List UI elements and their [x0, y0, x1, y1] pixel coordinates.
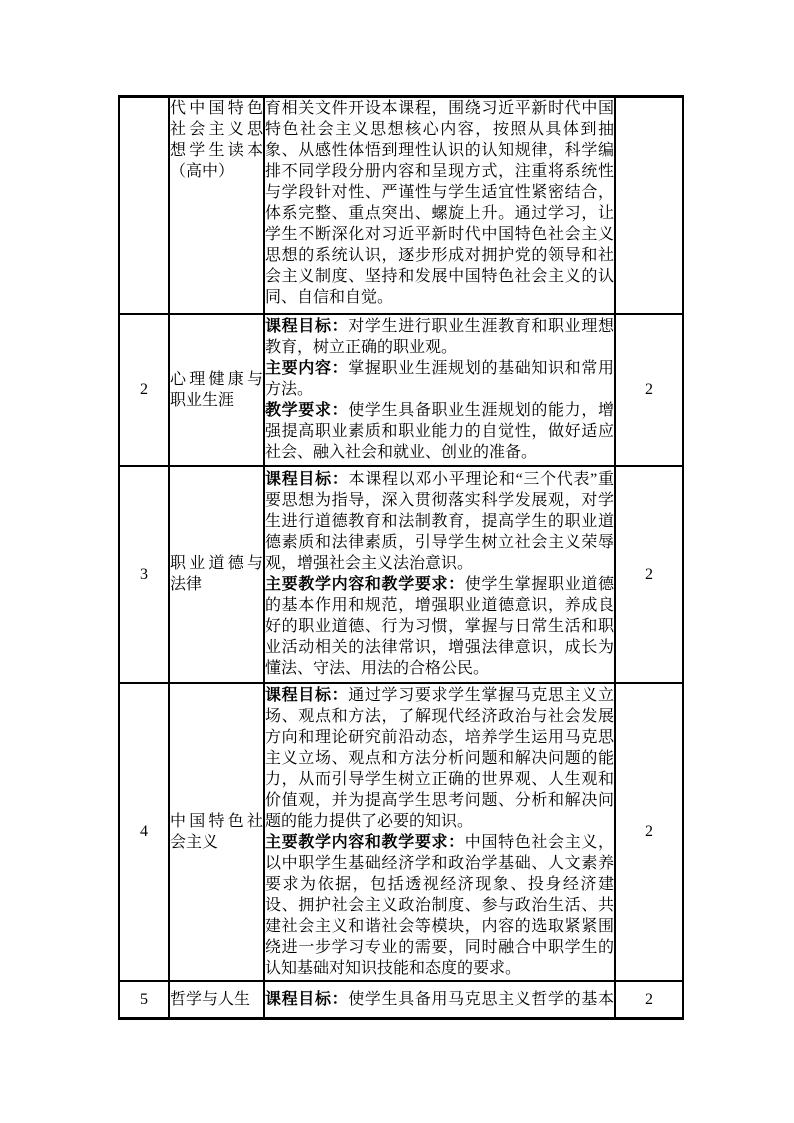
course-credit-cell: 2 — [615, 981, 683, 1019]
desc-text: 育相关文件开设本课程，围绕习近平新时代中国特色社会主义思想核心内容，按照从具体到… — [265, 100, 614, 306]
desc-label: 主要教学内容和教学要求： — [265, 834, 465, 851]
course-credit-cell — [615, 97, 683, 314]
desc-paragraph: 主要教学内容和教学要求：使学生掌握职业道德的基本作用和规范，增强职业道德意识，养… — [265, 574, 614, 679]
row-number-cell: 2 — [119, 314, 169, 466]
row-number-cell: 4 — [119, 683, 169, 981]
course-credit-cell: 2 — [615, 314, 683, 466]
desc-text: 使学生具备用马克思主义哲学的基本 — [348, 991, 614, 1008]
desc-label: 课程目标： — [265, 687, 348, 704]
desc-label: 课程目标： — [265, 471, 349, 488]
course-table: 代中国特色社会主义思想学生读本（高中） 育相关文件开设本课程，围绕习近平新时代中… — [118, 95, 684, 1020]
desc-label: 主要内容： — [265, 360, 348, 377]
course-name-cell: 心理健康与职业生涯 — [169, 314, 264, 466]
row-number-cell: 5 — [119, 981, 169, 1019]
desc-paragraph: 课程目标：对学生进行职业生涯教育和职业理想教育，树立正确的职业观。 — [265, 316, 614, 358]
desc-paragraph: 课程目标：本课程以邓小平理论和“三个代表”重要思想为指导，深入贯彻落实科学发展观… — [265, 469, 614, 574]
course-name-cell: 代中国特色社会主义思想学生读本（高中） — [169, 97, 264, 314]
desc-paragraph: 主要内容：掌握职业生涯规划的基础知识和常用方法。 — [265, 358, 614, 400]
desc-paragraph: 课程目标：使学生具备用马克思主义哲学的基本 — [265, 989, 614, 1010]
desc-paragraph: 育相关文件开设本课程，围绕习近平新时代中国特色社会主义思想核心内容，按照从具体到… — [265, 98, 614, 308]
course-name-cell: 哲学与人生 — [169, 981, 264, 1019]
desc-label: 课程目标： — [265, 991, 348, 1008]
desc-paragraph: 课程目标：通过学习要求学生掌握马克思主义立场、观点和方法，了解现代经济政治与社会… — [265, 685, 614, 832]
course-description-cell: 课程目标：本课程以邓小平理论和“三个代表”重要思想为指导，深入贯彻落实科学发展观… — [264, 466, 615, 683]
course-description-cell: 课程目标：通过学习要求学生掌握马克思主义立场、观点和方法，了解现代经济政治与社会… — [264, 683, 615, 981]
course-credit-cell: 2 — [615, 466, 683, 683]
course-credit-cell: 2 — [615, 683, 683, 981]
desc-label: 课程目标： — [265, 318, 348, 335]
table-row: 5 哲学与人生 课程目标：使学生具备用马克思主义哲学的基本 2 — [119, 981, 683, 1019]
row-number-cell: 3 — [119, 466, 169, 683]
course-description-cell: 课程目标：使学生具备用马克思主义哲学的基本 — [264, 981, 615, 1019]
desc-label: 教学要求： — [265, 402, 348, 419]
desc-label: 主要教学内容和教学要求： — [265, 576, 465, 593]
course-name-cell: 职业道德与法律 — [169, 466, 264, 683]
course-name-cell: 中国特色社会主义 — [169, 683, 264, 981]
row-number-cell — [119, 97, 169, 314]
desc-text: 通过学习要求学生掌握马克思主义立场、观点和方法，了解现代经济政治与社会发展方向和… — [265, 687, 614, 830]
table-row: 2 心理健康与职业生涯 课程目标：对学生进行职业生涯教育和职业理想教育，树立正确… — [119, 314, 683, 466]
table-row: 代中国特色社会主义思想学生读本（高中） 育相关文件开设本课程，围绕习近平新时代中… — [119, 97, 683, 314]
course-description-cell: 育相关文件开设本课程，围绕习近平新时代中国特色社会主义思想核心内容，按照从具体到… — [264, 97, 615, 314]
desc-text: 中国特色社会主义，以中职学生基础经济学和政治学基础、人文素养要求为依据，包括透视… — [265, 834, 614, 977]
document-page: 代中国特色社会主义思想学生读本（高中） 育相关文件开设本课程，围绕习近平新时代中… — [0, 0, 794, 1123]
desc-paragraph: 主要教学内容和教学要求：中国特色社会主义，以中职学生基础经济学和政治学基础、人文… — [265, 832, 614, 979]
table-row: 3 职业道德与法律 课程目标：本课程以邓小平理论和“三个代表”重要思想为指导，深… — [119, 466, 683, 683]
desc-paragraph: 教学要求：使学生具备职业生涯规划的能力，增强提高职业素质和职业能力的自觉性，做好… — [265, 400, 614, 463]
course-description-cell: 课程目标：对学生进行职业生涯教育和职业理想教育，树立正确的职业观。 主要内容：掌… — [264, 314, 615, 466]
table-row: 4 中国特色社会主义 课程目标：通过学习要求学生掌握马克思主义立场、观点和方法，… — [119, 683, 683, 981]
